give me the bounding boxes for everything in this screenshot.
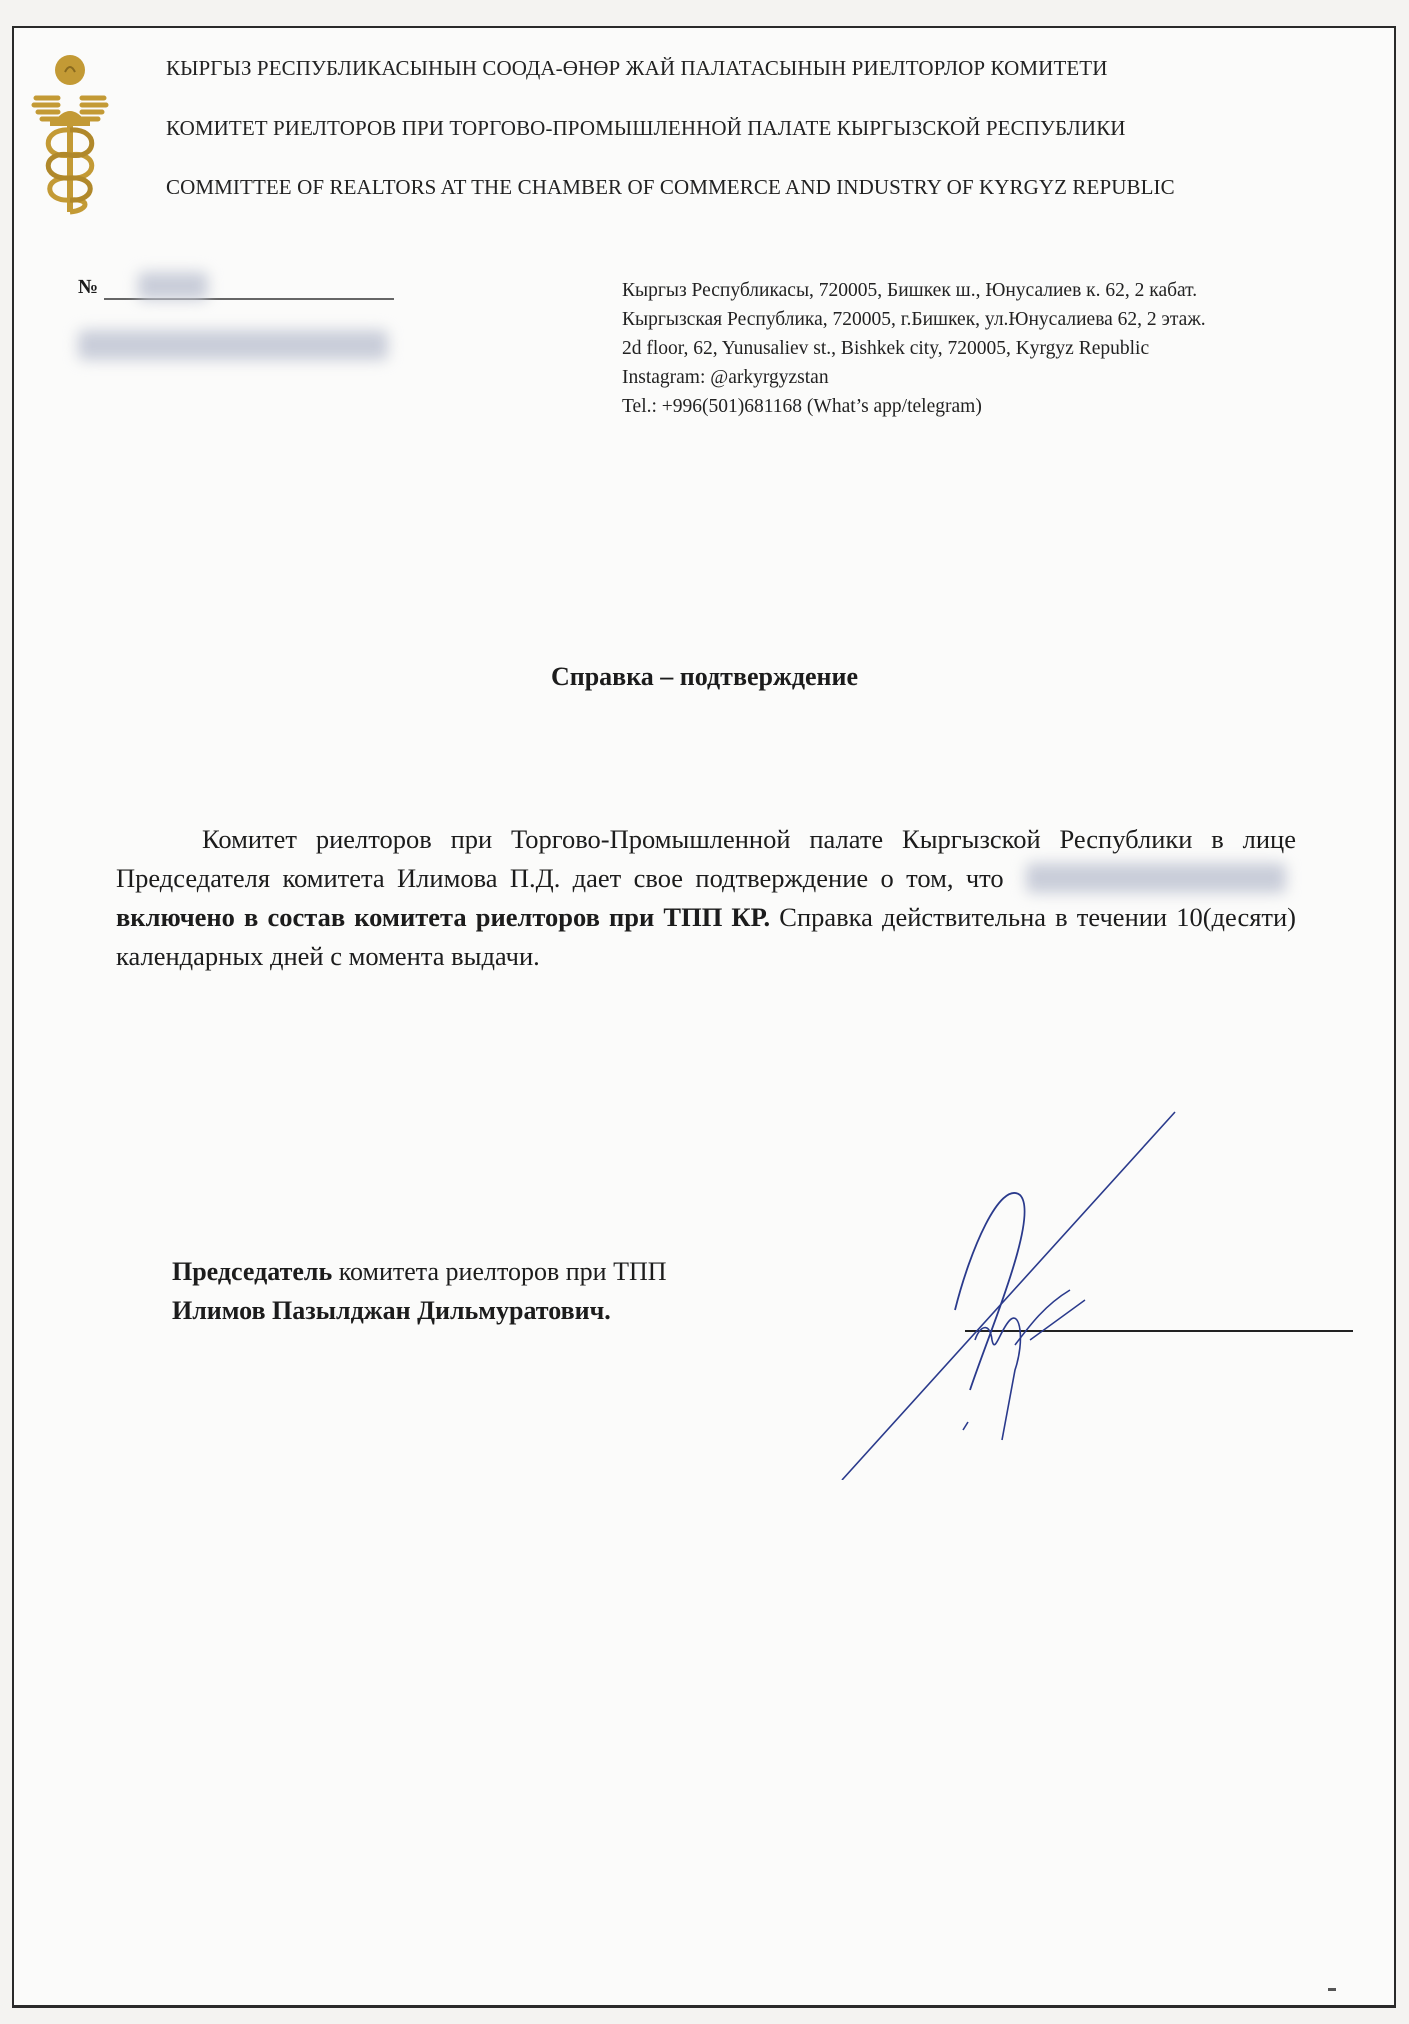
instagram-handle: Instagram: @arkyrgyzstan — [622, 363, 1206, 392]
address-line-russian: Кыргызская Республика, 720005, г.Бишкек,… — [622, 305, 1206, 334]
document-title: Справка – подтверждение — [0, 662, 1409, 692]
address-line-kyrgyz: Кыргыз Республикасы, 720005, Бишкек ш., … — [622, 276, 1206, 305]
redacted-entity-name — [1026, 863, 1286, 893]
letterhead-line-kyrgyz: КЫРГЫЗ РЕСПУБЛИКАСЫНЫН СООДА-ӨНӨР ЖАЙ ПА… — [166, 56, 1108, 81]
signatory-name: Илимов Пазылджан Дильмуратович. — [172, 1291, 667, 1330]
address-line-english: 2d floor, 62, Yunusaliev st., Bishkek ci… — [622, 334, 1206, 363]
redacted-date — [78, 330, 388, 360]
letterhead-line-russian: КОМИТЕТ РИЕЛТОРОВ ПРИ ТОРГОВО-ПРОМЫШЛЕНН… — [166, 116, 1126, 141]
reference-block: № — [78, 276, 98, 299]
signatory-block: Председатель комитета риелторов при ТПП … — [172, 1252, 667, 1330]
address-block: Кыргыз Республикасы, 720005, Бишкек ш., … — [622, 276, 1206, 421]
caduceus-logo-icon — [30, 50, 110, 220]
body-paragraph: Комитет риелторов при Торгово-Промышленн… — [116, 820, 1296, 976]
phone-number: Tel.: +996(501)681168 (What’s app/telegr… — [622, 392, 1206, 421]
letterhead-line-english: COMMITTEE OF REALTORS AT THE CHAMBER OF … — [166, 175, 1175, 200]
handwritten-signature-icon — [830, 1100, 1190, 1480]
number-label: № — [78, 276, 98, 298]
signatory-title-bold: Председатель — [172, 1257, 332, 1286]
scan-artifact — [1328, 1988, 1336, 1991]
redacted-number — [138, 272, 208, 300]
body-text-bold: включено в состав комитета риелторов при… — [116, 902, 770, 932]
signatory-title-rest: комитета риелторов при ТПП — [339, 1257, 667, 1286]
